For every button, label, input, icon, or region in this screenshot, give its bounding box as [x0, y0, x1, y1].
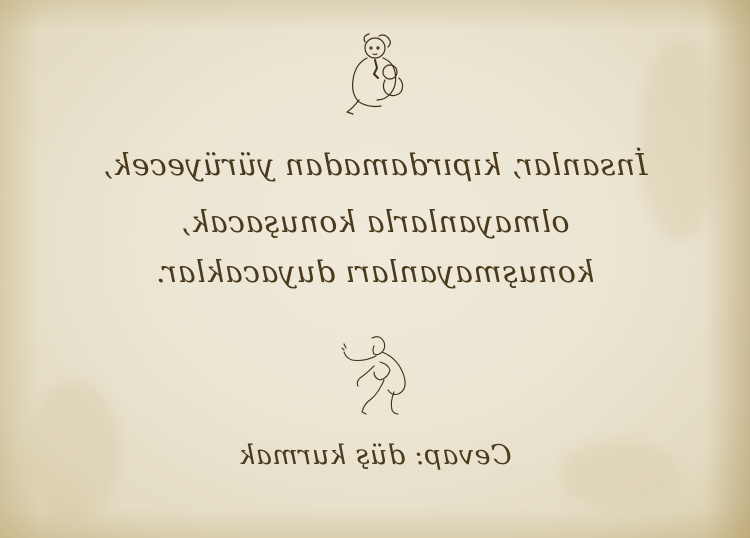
riddle-line-2: olmayanlarla konuşacak,: [0, 205, 750, 240]
riddle-line-3: konuşmayanları duyacaklar.: [0, 255, 750, 290]
seated-child-sketch-icon: [335, 30, 415, 120]
riddle-answer: Cevap: düş kurmak: [0, 440, 750, 471]
riddle-line-1: İnsanlar, kıpırdamadan yürüyecek,: [0, 148, 750, 183]
aged-paper-page: İnsanlar, kıpırdamadan yürüyecek, olmaya…: [0, 0, 750, 538]
crouching-figure-sketch-icon: [332, 332, 422, 422]
